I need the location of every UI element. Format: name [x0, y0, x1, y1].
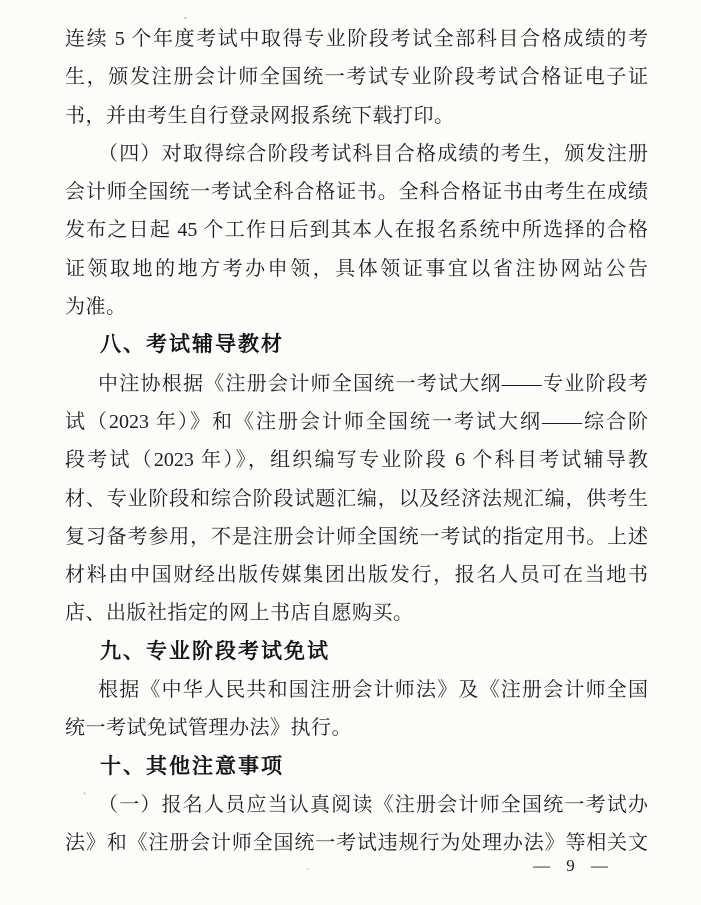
- text-line: 证领取地的地方考办申领，具体领证事宜以省注协网站公告: [65, 250, 648, 288]
- text-line: 发布之日起 45 个工作日后到其本人在报名系统中所选择的合格: [65, 211, 648, 249]
- text-line: 根据《中华人民共和国注册会计师法》及《注册会计师全国: [65, 671, 648, 709]
- section-8-heading: 八、考试辅导教材: [65, 326, 648, 364]
- text-line: 店、出版社指定的网上书店自愿购买。: [65, 594, 648, 632]
- scan-speck: [184, 17, 187, 19]
- section-10-heading: 十、其他注意事项: [65, 748, 648, 786]
- scanned-document-page: { "document": { "lines": [ "连续 5 个年度考试中取…: [0, 0, 701, 905]
- text-line: 段考试（2023 年）》，组织编写专业阶段 6 个科目考试辅导教: [65, 441, 648, 479]
- text-line: 统一考试免试管理办法》执行。: [65, 709, 648, 747]
- page-body: 连续 5 个年度考试中取得专业阶段考试全部科目合格成绩的考 生，颁发注册会计师全…: [0, 0, 701, 905]
- text-line: 材料由中国财经出版传媒集团出版发行，报名人员可在当地书: [65, 556, 648, 594]
- text-line: 生，颁发注册会计师全国统一考试专业阶段考试合格证电子证: [65, 58, 648, 96]
- text-line: 复习备考参用，不是注册会计师全国统一考试的指定用书。上述: [65, 518, 648, 556]
- page-number: — 9 —: [533, 854, 609, 878]
- text-line: 中注协根据《注册会计师全国统一考试大纲——专业阶段考: [65, 365, 648, 403]
- text-line: 书，并由考生自行登录网报系统下载打印。: [65, 97, 648, 135]
- text-line: 为准。: [65, 288, 648, 326]
- scan-speck: [83, 792, 86, 795]
- text-line: （四）对取得综合阶段考试科目合格成绩的考生，颁发注册: [65, 135, 648, 173]
- text-line: 材、专业阶段和综合阶段试题汇编，以及经济法规汇编，供考生: [65, 480, 648, 518]
- scan-speck: [306, 868, 309, 870]
- text-line: 会计师全国统一考试全科合格证书。全科合格证书由考生在成绩: [65, 173, 648, 211]
- section-9-heading: 九、专业阶段考试免试: [65, 633, 648, 671]
- text-line: 连续 5 个年度考试中取得专业阶段考试全部科目合格成绩的考: [65, 20, 648, 58]
- text-line: 试（2023 年）》和《注册会计师全国统一考试大纲——综合阶: [65, 403, 648, 441]
- text-line: （一）报名人员应当认真阅读《注册会计师全国统一考试办: [65, 786, 648, 824]
